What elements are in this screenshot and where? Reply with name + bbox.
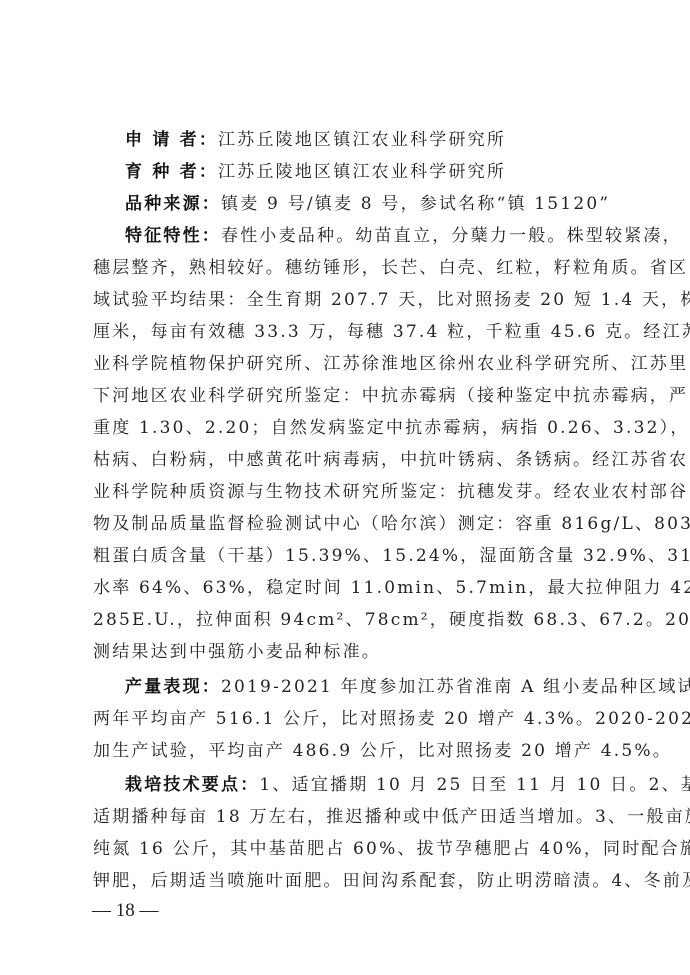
- traits-line: 厘米，每亩有效穗 33.3 万，每穗 37.4 粒，千粒重 45.6 克。经江苏…: [93, 317, 609, 347]
- traits-line: 物及制品质量监督检验测试中心（哈尔滨）测定：容重 816g/L、803g/L，: [93, 509, 609, 539]
- variety-source-field: 品种来源：镇麦 9 号/镇麦 8 号，参试名称“镇 15120”: [125, 189, 609, 219]
- yield-line: 产量表现：2019-2021 年度参加江苏省淮南 A 组小麦品种区域试验，: [125, 672, 609, 702]
- variety-source-value: 镇麦 9 号/镇麦 8 号，参试名称“镇 15120”: [221, 194, 610, 214]
- cultivation-label: 栽培技术要点：: [125, 775, 259, 795]
- traits-line: 业科学院种质资源与生物技术研究所鉴定：抗穗发芽。经农业农村部谷: [93, 477, 609, 507]
- traits-line: 285E.U.，拉伸面积 94cm²、78cm²，硬度指数 68.3、67.2。…: [93, 605, 609, 635]
- applicant-label: 申 请 者：: [125, 130, 218, 150]
- traits-label: 特征特性：: [125, 226, 221, 246]
- yield-line: 加生产试验，平均亩产 486.9 公斤，比对照扬麦 20 增产 4.5%。: [93, 736, 609, 766]
- page-number: — 18 —: [92, 900, 159, 922]
- traits-line: 重度 1.30、2.20；自然发病鉴定中抗赤霉病，病指 0.26、3.32），高…: [93, 413, 609, 443]
- traits-line: 穗层整齐，熟相较好。穗纺锤形，长芒、白壳、红粒，籽粒角质。省区: [93, 253, 609, 283]
- document-page: 申 请 者：江苏丘陵地区镇江农业科学研究所 育 种 者：江苏丘陵地区镇江农业科学…: [0, 0, 690, 975]
- yield-line: 两年平均亩产 516.1 公斤，比对照扬麦 20 增产 4.3%。2020-20…: [93, 704, 609, 734]
- applicant-field: 申 请 者：江苏丘陵地区镇江农业科学研究所: [125, 125, 609, 155]
- breeder-field: 育 种 者：江苏丘陵地区镇江农业科学研究所: [125, 157, 609, 187]
- traits-line: 下河地区农业科学研究所鉴定：中抗赤霉病（接种鉴定中抗赤霉病，严: [93, 381, 609, 411]
- breeder-label: 育 种 者：: [125, 162, 218, 182]
- traits-line: 测结果达到中强筋小麦品种标准。: [93, 637, 609, 667]
- traits-line: 粗蛋白质含量（干基）15.39%、15.24%，湿面筋含量 32.9%、31.3…: [93, 541, 609, 571]
- traits-line: 水率 64%、63%，稳定时间 11.0min、5.7min，最大拉伸阻力 42…: [93, 573, 609, 603]
- traits-text: 春性小麦品种。幼苗直立，分蘖力一般。株型较紧凑，: [221, 226, 682, 246]
- cultivation-line: 栽培技术要点：1、适宜播期 10 月 25 日至 11 月 10 日。2、基本苗: [125, 770, 609, 800]
- cultivation-text: 1、适宜播期 10 月 25 日至 11 月 10 日。2、基本苗: [259, 775, 690, 795]
- traits-line: 特征特性：春性小麦品种。幼苗直立，分蘖力一般。株型较紧凑，: [125, 221, 609, 251]
- variety-source-label: 品种来源：: [125, 194, 221, 214]
- traits-line: 业科学院植物保护研究所、江苏徐淮地区徐州农业科学研究所、江苏里: [93, 349, 609, 379]
- traits-line: 域试验平均结果：全生育期 207.7 天，比对照扬麦 20 短 1.4 天，株高…: [93, 285, 609, 315]
- applicant-value: 江苏丘陵地区镇江农业科学研究所: [218, 130, 506, 150]
- yield-text: 2019-2021 年度参加江苏省淮南 A 组小麦品种区域试验，: [221, 677, 690, 697]
- breeder-value: 江苏丘陵地区镇江农业科学研究所: [218, 162, 506, 182]
- traits-line: 枯病、白粉病，中感黄花叶病毒病，中抗叶锈病、条锈病。经江苏省农: [93, 445, 609, 475]
- cultivation-line: 钾肥，后期适当喷施叶面肥。田间沟系配套，防止明涝暗渍。4、冬前及: [93, 866, 609, 896]
- cultivation-line: 适期播种每亩 18 万左右，推迟播种或中低产田适当增加。3、一般亩施: [93, 802, 609, 832]
- yield-label: 产量表现：: [125, 677, 221, 697]
- cultivation-line: 纯氮 16 公斤，其中基苗肥占 60%、拔节孕穗肥占 40%，同时配合施用磷: [93, 834, 609, 864]
